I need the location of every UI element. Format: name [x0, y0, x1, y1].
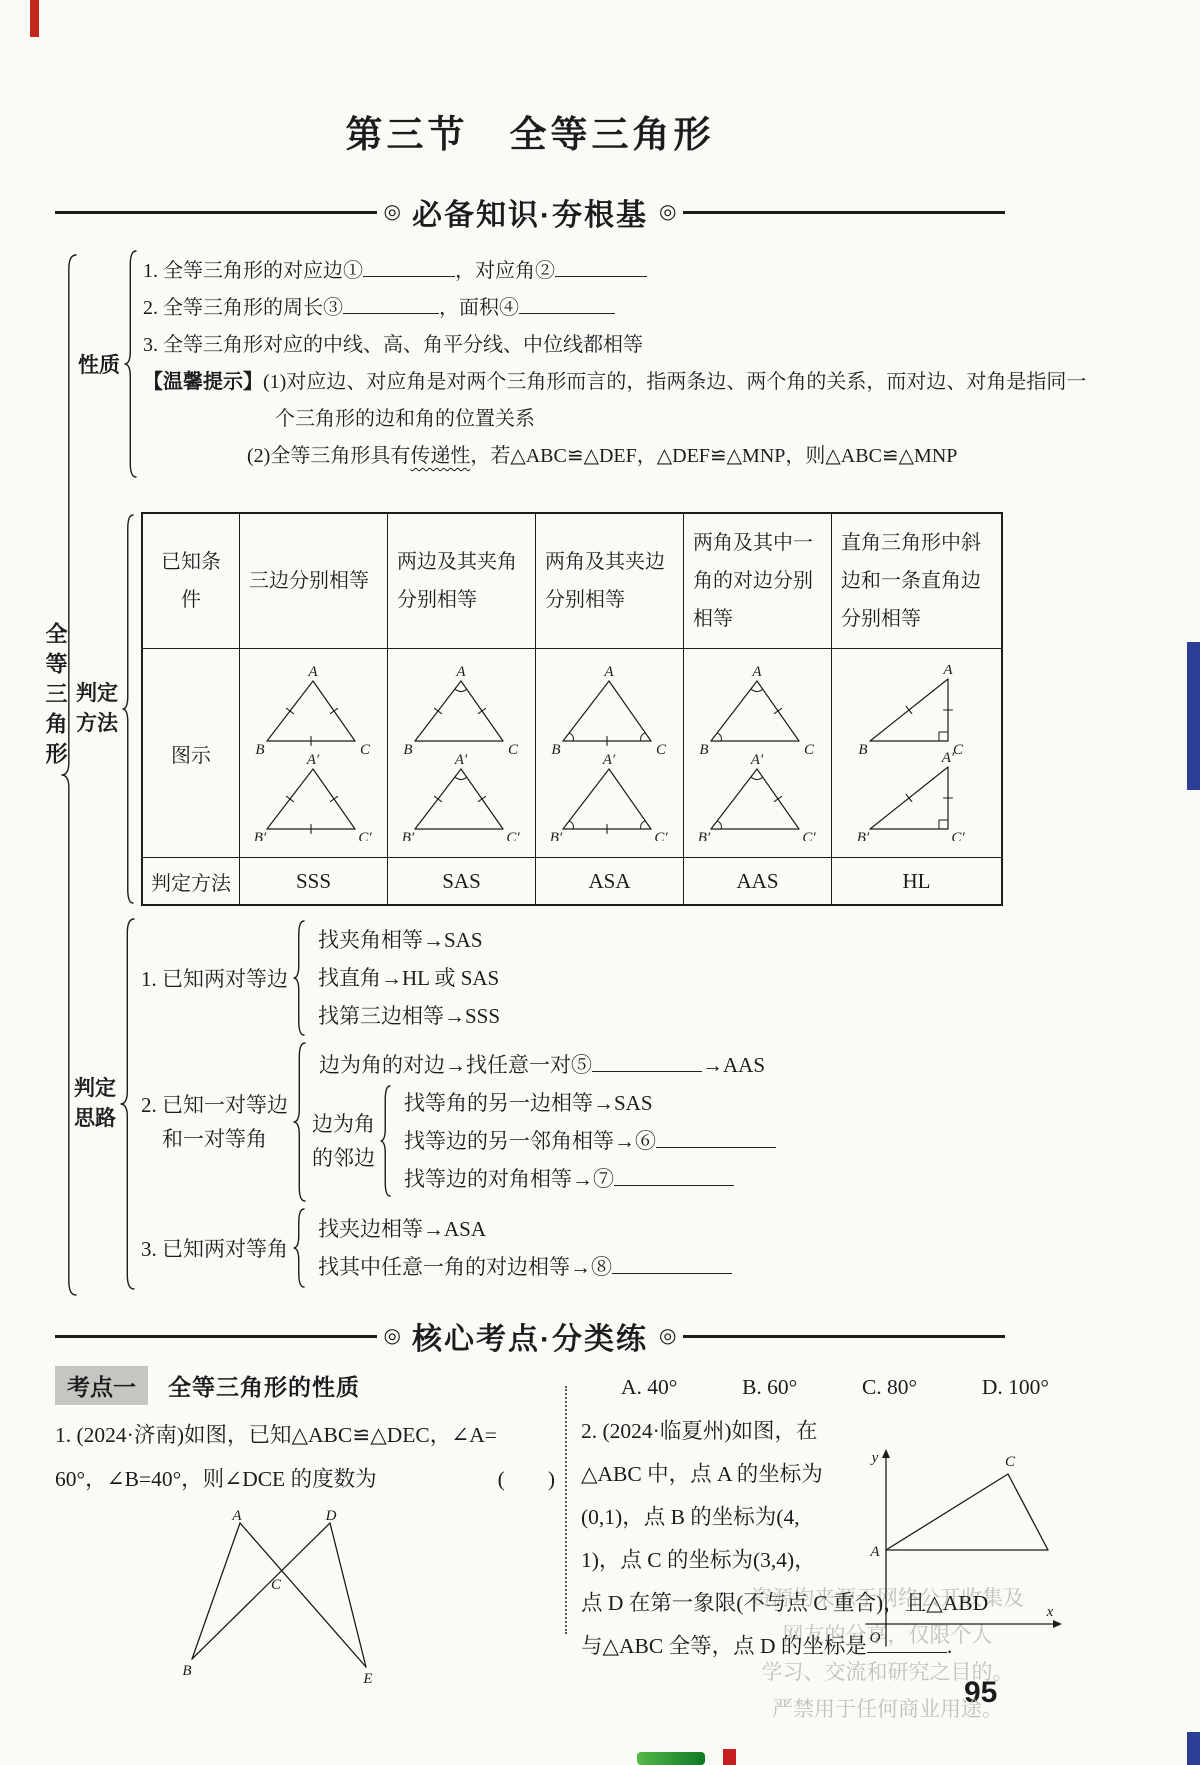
table-header: 两角及其夹边分别相等: [535, 514, 683, 648]
problem-1-figure: A D B E C: [180, 1509, 380, 1691]
blank-line: [592, 1056, 702, 1072]
vertex-label: B′: [856, 830, 869, 841]
method-cell: SSS: [239, 857, 387, 904]
judgment-approach-group: 判定 思路 1. 已知两对等边 找夹角相等→SAS 找直角→HL 或 SAS 找…: [74, 918, 776, 1290]
answer-options: A. 40° B. 60° C. 80° D. 100°: [581, 1366, 1067, 1408]
banner-title: 核心考点·分类练: [408, 1314, 652, 1358]
vertex-label: B: [551, 742, 560, 758]
item-label: 2. 已知一对等边 和一对等角: [141, 1088, 288, 1156]
table-header: 两角及其中一角的对边分别相等: [683, 514, 831, 648]
vertex-label: C: [803, 742, 814, 758]
congruent-triangles-diagram-sss: ABCA′B′C′: [249, 665, 379, 841]
vertex-label: A: [942, 665, 953, 678]
approach-item-1: 1. 已知两对等边 找夹角相等→SAS 找直角→HL 或 SAS 找第三边相等→…: [141, 920, 776, 1036]
textbook-page: 第三节 全等三角形 ◎ 必备知识·夯根基 ◎ 全等三角形 性质 1. 全等三角形…: [0, 0, 1200, 1765]
tip-line: 个三角形的边和角的位置关系: [143, 401, 1086, 438]
vertex-label: C: [271, 1577, 282, 1593]
vertex-label: D: [325, 1509, 337, 1524]
item-brace: [292, 920, 305, 1036]
congruent-triangles-diagram-aas: ABCA′B′C′: [693, 665, 823, 841]
congruent-triangles-diagram-sas: ABCA′B′C′: [397, 665, 527, 841]
vertex-label: A′: [601, 752, 615, 768]
practice-section: 考点一 全等三角形的性质 1. (2024·济南)如图，已知△ABC≌△DEC，…: [55, 1366, 1067, 1696]
vertex-label: B: [403, 742, 412, 758]
properties-lines: 1. 全等三角形的对应边①，对应角② 2. 全等三角形的周长③，面积④ 3. 全…: [143, 253, 1086, 475]
banner-title: 必备知识·夯根基: [408, 190, 652, 234]
blank-line: [363, 261, 455, 277]
section-banner-knowledge: ◎ 必备知识·夯根基 ◎: [55, 190, 1005, 234]
exam-point-tag: 考点一: [55, 1366, 148, 1405]
problem-1-text: 1. (2024·济南)如图，已知△ABC≌△DEC，∠A=: [55, 1413, 561, 1457]
method-cell: SAS: [387, 857, 535, 904]
approach-line: 边为角的对边→找任意一对⑤→AAS: [319, 1046, 776, 1084]
blank-line: [614, 1170, 734, 1186]
problem-1-column: 考点一 全等三角形的性质 1. (2024·济南)如图，已知△ABC≌△DEC，…: [55, 1366, 561, 1696]
vertex-label: A: [869, 1544, 880, 1560]
congruent-triangles-diagram-asa: ABCA′B′C′: [545, 665, 675, 841]
edge-mark-blue-bottom: [1187, 1732, 1200, 1765]
edge-mark-red-top: [30, 0, 39, 37]
approach-items: 1. 已知两对等边 找夹角相等→SAS 找直角→HL 或 SAS 找第三边相等→…: [141, 920, 776, 1288]
banner-rule: [55, 211, 377, 214]
problem-2: y C A O x 2. (2024·临夏州)如图，在 △ABC 中，点 A 的…: [581, 1410, 1067, 1668]
wavy-underlined-term: 传递性: [410, 445, 470, 467]
problem-2-column: A. 40° B. 60° C. 80° D. 100° y C A O: [581, 1366, 1067, 1696]
banner-rule: [683, 211, 1005, 214]
subgroup-brace: [379, 1085, 391, 1197]
approach-line: 找等边的对角相等→⑦: [404, 1160, 776, 1198]
item-brace: [292, 1042, 306, 1202]
blank-line: [612, 1258, 732, 1274]
diagram-cell: ABCA′B′C′: [683, 648, 831, 857]
vertex-label: B: [699, 742, 708, 758]
diagram-cell: ABCA′B′C′: [831, 648, 1001, 857]
group-label: 判定 思路: [74, 1074, 116, 1134]
exam-point-title: 全等三角形的性质: [168, 1369, 360, 1402]
properties-group: 性质 1. 全等三角形的对应边①，对应角② 2. 全等三角形的周长③，面积④ 3…: [78, 250, 1086, 478]
edge-mark-green-bottom: [637, 1752, 705, 1765]
blank-line: [519, 298, 615, 314]
table-header: 两边及其夹角分别相等: [387, 514, 535, 648]
vertex-label: B: [182, 1663, 191, 1679]
property-line: 2. 全等三角形的周长③，面积④: [143, 290, 1086, 327]
method-cell: HL: [831, 857, 1001, 904]
item-brace: [292, 1208, 305, 1288]
vertex-label: C′: [654, 830, 668, 841]
table-header: 直角三角形中斜边和一条直角边分别相等: [831, 514, 1001, 648]
answer-parentheses: ( ): [498, 1457, 555, 1501]
method-cell: AAS: [683, 857, 831, 904]
approach-item-3: 3. 已知两对等角 找夹边相等→ASA 找其中任意一角的对边相等→⑧: [141, 1208, 776, 1288]
row-label-method: 判定方法: [143, 857, 239, 904]
vertex-label: C: [359, 742, 370, 758]
vertex-label: A: [751, 665, 762, 680]
blank-line: [555, 261, 647, 277]
problem-2-text: (0,1)，点 B 的坐标为(4,: [581, 1496, 859, 1539]
axis-label-y: y: [870, 1450, 879, 1466]
problem-2-figure: y C A O x: [862, 1446, 1067, 1654]
group-brace: [123, 250, 137, 478]
vertex-label: C′: [358, 830, 372, 841]
vertex-label: B′: [401, 830, 414, 841]
section-banner-practice: ◎ 核心考点·分类练 ◎: [55, 1314, 1005, 1358]
vertex-label: E: [362, 1671, 372, 1687]
vertex-label: A′: [940, 750, 954, 766]
blank-line: [343, 298, 439, 314]
edge-mark-blue-right: [1187, 642, 1200, 790]
approach-item-2: 2. 已知一对等边 和一对等角 边为角的对边→找任意一对⑤→AAS 边为角 的邻…: [141, 1042, 776, 1202]
tip-line: 【温馨提示】(1)对应边、对应角是对两个三角形而言的，指两条边、两个角的关系，而…: [143, 364, 1086, 401]
group-brace: [121, 514, 134, 904]
diagram-cell: ABCA′B′C′: [535, 648, 683, 857]
problem-1-text: 60°，∠B=40°，则∠DCE 的度数为 ( ): [55, 1457, 561, 1501]
vertex-label: C: [1005, 1454, 1016, 1470]
group-label: 判定 方法: [76, 679, 118, 739]
subgroup-label: 边为角 的邻边: [312, 1107, 375, 1175]
tip-line: (2)全等三角形具有传递性，若△ABC≌△DEF，△DEF≌△MNP，则△ABC…: [143, 438, 1086, 475]
vertex-label: C′: [802, 830, 816, 841]
approach-line: 找其中任意一角的对边相等→⑧: [318, 1248, 732, 1286]
vertex-label: C: [507, 742, 518, 758]
vertex-label: B′: [697, 830, 710, 841]
problem-2-text: 2. (2024·临夏州)如图，在: [581, 1410, 859, 1453]
row-label-diagram: 图示: [143, 648, 239, 857]
congruent-triangles-diagram-hl: ABCA′B′C′: [852, 665, 982, 841]
vertex-label: A: [603, 665, 614, 680]
origin-label: O: [870, 1630, 881, 1646]
judgment-methods-table: 已知条件 三边分别相等 两边及其夹角分别相等 两角及其夹边分别相等 两角及其中一…: [141, 512, 1003, 906]
vertex-label: B′: [253, 830, 266, 841]
table-header: 三边分别相等: [239, 514, 387, 648]
double-circle-icon: ◎: [659, 1326, 676, 1346]
double-circle-icon: ◎: [659, 202, 676, 222]
vertex-label: A′: [305, 752, 319, 768]
tip-tag: 【温馨提示】: [143, 371, 263, 393]
adjacent-side-subgroup: 边为角 的邻边 找等角的另一边相等→SAS 找等边的另一邻角相等→⑥ 找等边的对…: [312, 1084, 776, 1198]
group-label: 性质: [78, 349, 120, 379]
property-line: 3. 全等三角形对应的中线、高、角平分线、中位线都相等: [143, 327, 1086, 364]
vertex-label: A′: [749, 752, 763, 768]
option-c: C. 80°: [862, 1366, 917, 1408]
blank-line: [656, 1132, 776, 1148]
vertex-label: B′: [549, 830, 562, 841]
page-title: 第三节 全等三角形: [30, 104, 1030, 158]
problem-2-text: 1)，点 C 的坐标为(3,4)，: [581, 1539, 859, 1582]
banner-rule: [55, 1335, 377, 1338]
vertex-label: A: [455, 665, 466, 680]
diagram-cell: ABCA′B′C′: [387, 648, 535, 857]
vertex-label: C′: [506, 830, 520, 841]
vertex-label: C: [952, 742, 963, 758]
vertex-label: C: [655, 742, 666, 758]
table-header: 已知条件: [143, 514, 239, 648]
exam-point-heading: 考点一 全等三角形的性质: [55, 1366, 561, 1405]
problem-2-text: △ABC 中，点 A 的坐标为: [581, 1453, 859, 1496]
double-circle-icon: ◎: [384, 1326, 401, 1346]
double-circle-icon: ◎: [384, 202, 401, 222]
banner-rule: [683, 1335, 1005, 1338]
column-divider: [565, 1386, 567, 1634]
option-a: A. 40°: [621, 1366, 677, 1408]
vertex-label: A: [307, 665, 318, 680]
method-cell: ASA: [535, 857, 683, 904]
property-line: 1. 全等三角形的对应边①，对应角②: [143, 253, 1086, 290]
option-b: B. 60°: [742, 1366, 797, 1408]
edge-mark-red-bottom: [723, 1749, 736, 1765]
diagram-cell: ABCA′B′C′: [239, 648, 387, 857]
vertex-label: A: [231, 1509, 242, 1524]
approach-line: 找等边的另一邻角相等→⑥: [404, 1122, 776, 1160]
group-brace: [119, 918, 135, 1290]
vertex-label: B: [255, 742, 264, 758]
judgment-methods-group: 判定 方法 已知条件 三边分别相等 两边及其夹角分别相等 两角及其夹边分别相等 …: [76, 512, 1003, 906]
vertex-label: B: [858, 742, 867, 758]
option-d: D. 100°: [982, 1366, 1049, 1408]
vertex-label: A′: [453, 752, 467, 768]
axis-label-x: x: [1046, 1604, 1054, 1620]
vertex-label: C′: [951, 830, 965, 841]
